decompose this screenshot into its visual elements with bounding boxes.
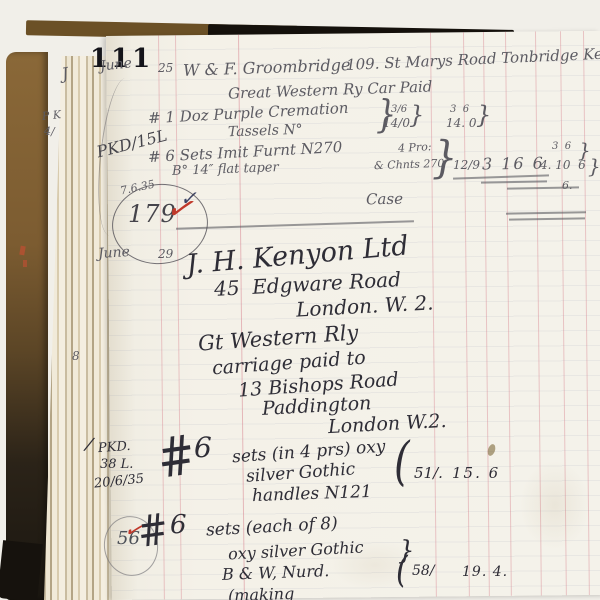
brace-icon: } (476, 103, 491, 127)
entry1-total: 3 16 6 (482, 155, 545, 172)
red-tick-icon: ✓ (163, 190, 195, 226)
edge-mark: 4/ (44, 126, 55, 137)
hash-icon: # (154, 428, 198, 488)
order2-line3: B & W, Nurd. (222, 563, 330, 583)
entry1-date-month: June (99, 56, 132, 73)
edge-mark: P K (41, 109, 61, 122)
entry1-item2-qty: 4 Pro: (398, 141, 432, 154)
edge-red-mark (23, 260, 27, 267)
entry1-alt-top: 3 6 (552, 142, 571, 152)
entry2-date-day: 29 (158, 248, 173, 260)
entry1-price1-bottom: 14/0 (383, 117, 410, 129)
entry1-price1-top: 3/6 (391, 105, 407, 115)
order1-margin2: 38 L. (100, 458, 133, 471)
order1-rate: 51/. (414, 466, 443, 481)
order1-qty: 6 (194, 434, 212, 462)
entry2-date-month: June (98, 245, 131, 261)
order2-rate: 58/ (412, 564, 435, 578)
order2-qty: 6 (170, 512, 187, 538)
brace-icon: } (409, 103, 424, 127)
brace-icon: ( (394, 436, 410, 488)
entry1-item2-line2: B° 14″ flat taper (172, 161, 279, 178)
book-spine (6, 52, 48, 600)
edge-mark: 8 (72, 350, 80, 362)
column-rule (430, 33, 437, 597)
hash-icon: # (135, 509, 171, 556)
stain (520, 460, 590, 550)
entry1-price2-top: 3 6 (450, 105, 469, 115)
brace-icon: } (588, 156, 600, 176)
order2-line4: (making (228, 586, 295, 600)
book-cover-corner (0, 540, 43, 600)
entry1-price2-bottom: 14. 0 (446, 117, 477, 129)
entry1-date-day: 25 (158, 62, 173, 74)
entry1-case-label: Case (366, 192, 403, 208)
entry1-item1-line2: Tassels N° (228, 123, 303, 140)
ledger-photo: J P K 4/ 8 111 June 25 W & F. Groombridg… (0, 0, 600, 600)
order1-margin1: PKD. (98, 440, 131, 455)
order1-line3: handles N121 (252, 484, 372, 505)
brace-icon: ( (396, 553, 408, 589)
order1-price: 15. 6 (452, 466, 500, 481)
entry1-alt-mid: 4. 10 6 (540, 159, 586, 171)
order2-price: 19. 4. (462, 565, 508, 579)
column-rule (505, 32, 512, 596)
entry1-rate: 12/9 (453, 159, 480, 171)
